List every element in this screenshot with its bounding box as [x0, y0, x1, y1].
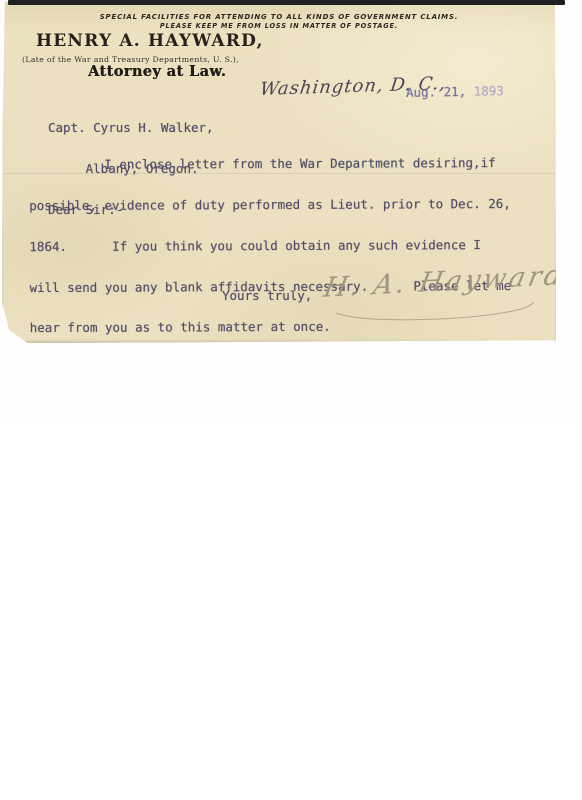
- signature-flourish: [332, 299, 537, 325]
- dateline-date: Aug. 21, 1893: [406, 83, 504, 100]
- letterhead-name: HENRY A. HAYWARD,: [36, 31, 264, 51]
- body-line: possible, evidence of duty performed as …: [29, 197, 526, 213]
- body-line: I notice what you write as to paying you…: [30, 360, 527, 376]
- scan-background: SPECIAL FACILITIES FOR ATTENDING TO ALL …: [0, 0, 582, 800]
- body-line: you two days' more pay and subsistence.: [31, 523, 528, 539]
- dateline-month-day: Aug. 21,: [406, 84, 474, 100]
- valediction: Yours truly,: [222, 288, 312, 303]
- body-line: I enclose letter from the War Department…: [29, 156, 526, 172]
- body-line: It is quite certain that you will receiv…: [31, 564, 528, 580]
- body-line: should execute and return to me. I expec…: [30, 482, 527, 498]
- body-line: 1864. If you think you could obtain any …: [29, 238, 526, 254]
- scanner-edge-strip: [8, 0, 565, 5]
- letterhead-tagline-2: PLEASE KEEP ME FROM LOSS IN MATTER OF PO…: [2, 22, 556, 30]
- letterhead-title: Attorney at Law.: [88, 63, 226, 80]
- body-line: tion home upon your discharge. I have pr…: [30, 401, 527, 417]
- body-line: form of affidavit, in accordance with yo…: [30, 442, 527, 458]
- dateline-year: 1893: [474, 83, 504, 99]
- letter-paper: SPECIAL FACILITIES FOR ATTENDING TO ALL …: [2, 2, 556, 343]
- letterhead-tagline-1: SPECIAL FACILITIES FOR ATTENDING TO ALL …: [2, 13, 556, 21]
- body-line: ance.: [31, 605, 528, 621]
- letter-body: I enclose letter from the War Department…: [29, 129, 528, 648]
